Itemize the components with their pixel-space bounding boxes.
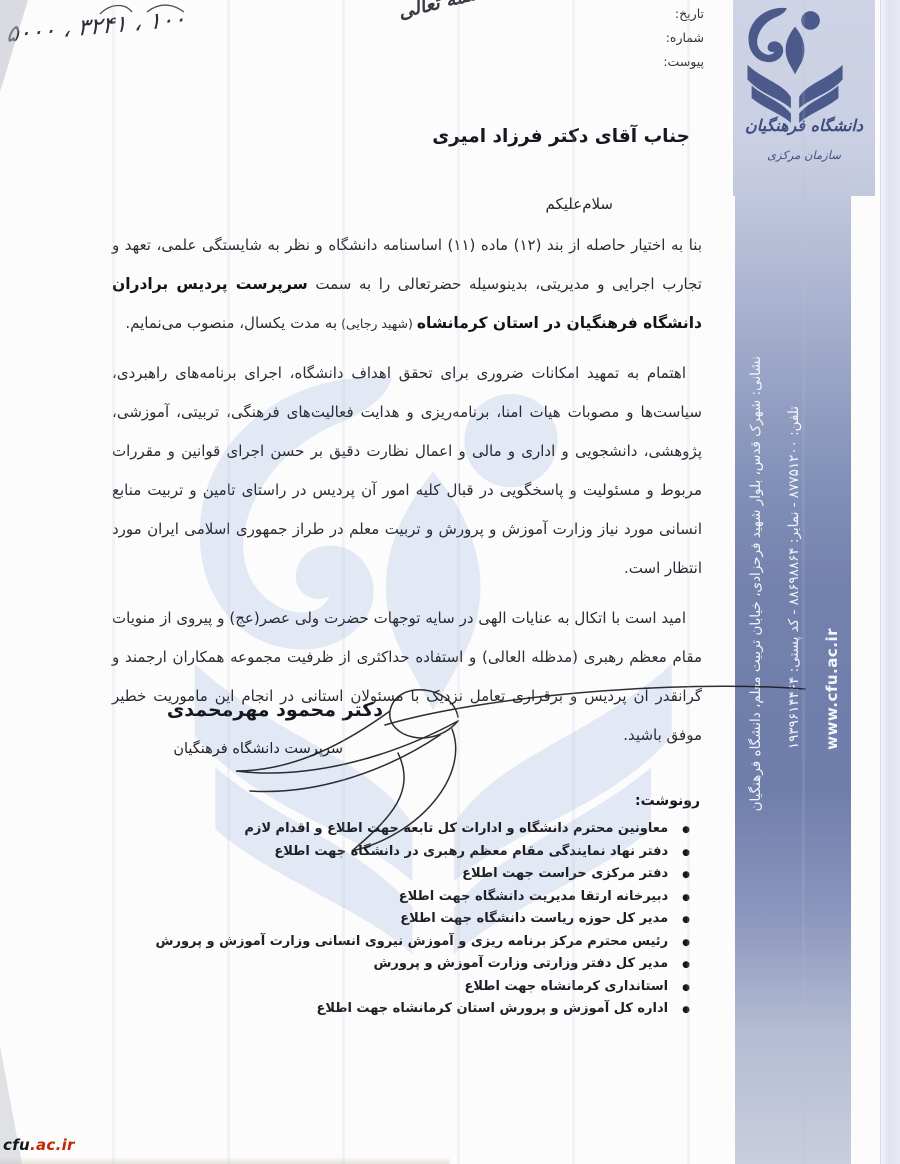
cutoff-handwriting-stroke [92, 0, 192, 16]
bismillah-calligraphy: باسمه تعالی [396, 0, 495, 23]
handwritten-signature [140, 655, 820, 865]
cc-item: ●استانداری کرمانشاه جهت اطلاع [80, 976, 690, 999]
cc-item-text: دفتر مرکزی حراست جهت اطلاع [462, 863, 668, 886]
cc-item: ●مدیر کل حوزه ریاست دانشگاه جهت اطلاع [80, 908, 690, 931]
cfu-site-watermark: cfu.ac.ir [3, 1136, 75, 1154]
letter-header-fields: تاریخ: شماره: پیوست: [620, 2, 720, 74]
scanned-letter-page: دانشگاه فرهنگیان سازمان مرکزی نشانی: شهر… [0, 0, 900, 1164]
cc-item: ●مدیر کل دفتر وزارتی وزارت آموزش و پرورش [80, 953, 690, 976]
bullet-icon: ● [682, 977, 690, 1000]
bullet-icon: ● [682, 999, 690, 1022]
bullet-icon: ● [682, 864, 690, 887]
attachment-label: پیوست: [620, 50, 720, 74]
body-paragraph-2: اهتمام به تمهید امکانات ضروری برای تحقق … [112, 354, 702, 588]
cc-item: ●دفتر مرکزی حراست جهت اطلاع [80, 863, 690, 886]
university-emblem-icon [742, 6, 846, 128]
salutation: سلام‌علیکم [545, 195, 613, 213]
cfu-mark-suffix: .ac.ir [30, 1136, 75, 1154]
cc-item: ●اداره کل آموزش و پرورش استان کرمانشاه ج… [80, 998, 690, 1021]
cfu-mark-prefix: cfu [3, 1136, 30, 1154]
organization-subtitle: سازمان مرکزی [733, 148, 875, 162]
bullet-icon: ● [682, 932, 690, 955]
cc-item: ●دبیرخانه ارتقا مدیریت دانشگاه جهت اطلاع [80, 886, 690, 909]
cc-item-text: رئیس محترم مرکز برنامه ریزی و آموزش نیرو… [156, 931, 669, 954]
cc-item-text: مدیر کل دفتر وزارتی وزارت آموزش و پرورش [373, 953, 668, 976]
bullet-icon: ● [682, 909, 690, 932]
cc-item-text: استانداری کرمانشاه جهت اطلاع [464, 976, 668, 999]
recipient-name: جناب آقای دکتر فرزاد امیری [432, 126, 690, 147]
bullet-icon: ● [682, 954, 690, 977]
scan-bottom-edge [0, 1157, 450, 1164]
paragraph1-parenthetical: (شهید رجایی) [337, 316, 417, 331]
cc-item-text: مدیر کل حوزه ریاست دانشگاه جهت اطلاع [400, 908, 668, 931]
scan-page-edge [880, 0, 900, 1164]
cc-item: ●رئیس محترم مرکز برنامه ریزی و آموزش نیر… [80, 931, 690, 954]
paragraph1-tail: به مدت یکسال، منصوب می‌نمایم. [125, 314, 337, 332]
date-label: تاریخ: [620, 2, 720, 26]
university-name: دانشگاه فرهنگیان [733, 116, 875, 135]
bullet-icon: ● [682, 887, 690, 910]
body-paragraph-1: بنا به اختیار حاصله از بند (۱۲) ماده (۱۱… [112, 226, 702, 343]
cc-item-text: دبیرخانه ارتقا مدیریت دانشگاه جهت اطلاع [399, 886, 668, 909]
cc-item-text: اداره کل آموزش و پرورش استان کرمانشاه جه… [316, 998, 668, 1021]
number-label: شماره: [620, 26, 720, 50]
